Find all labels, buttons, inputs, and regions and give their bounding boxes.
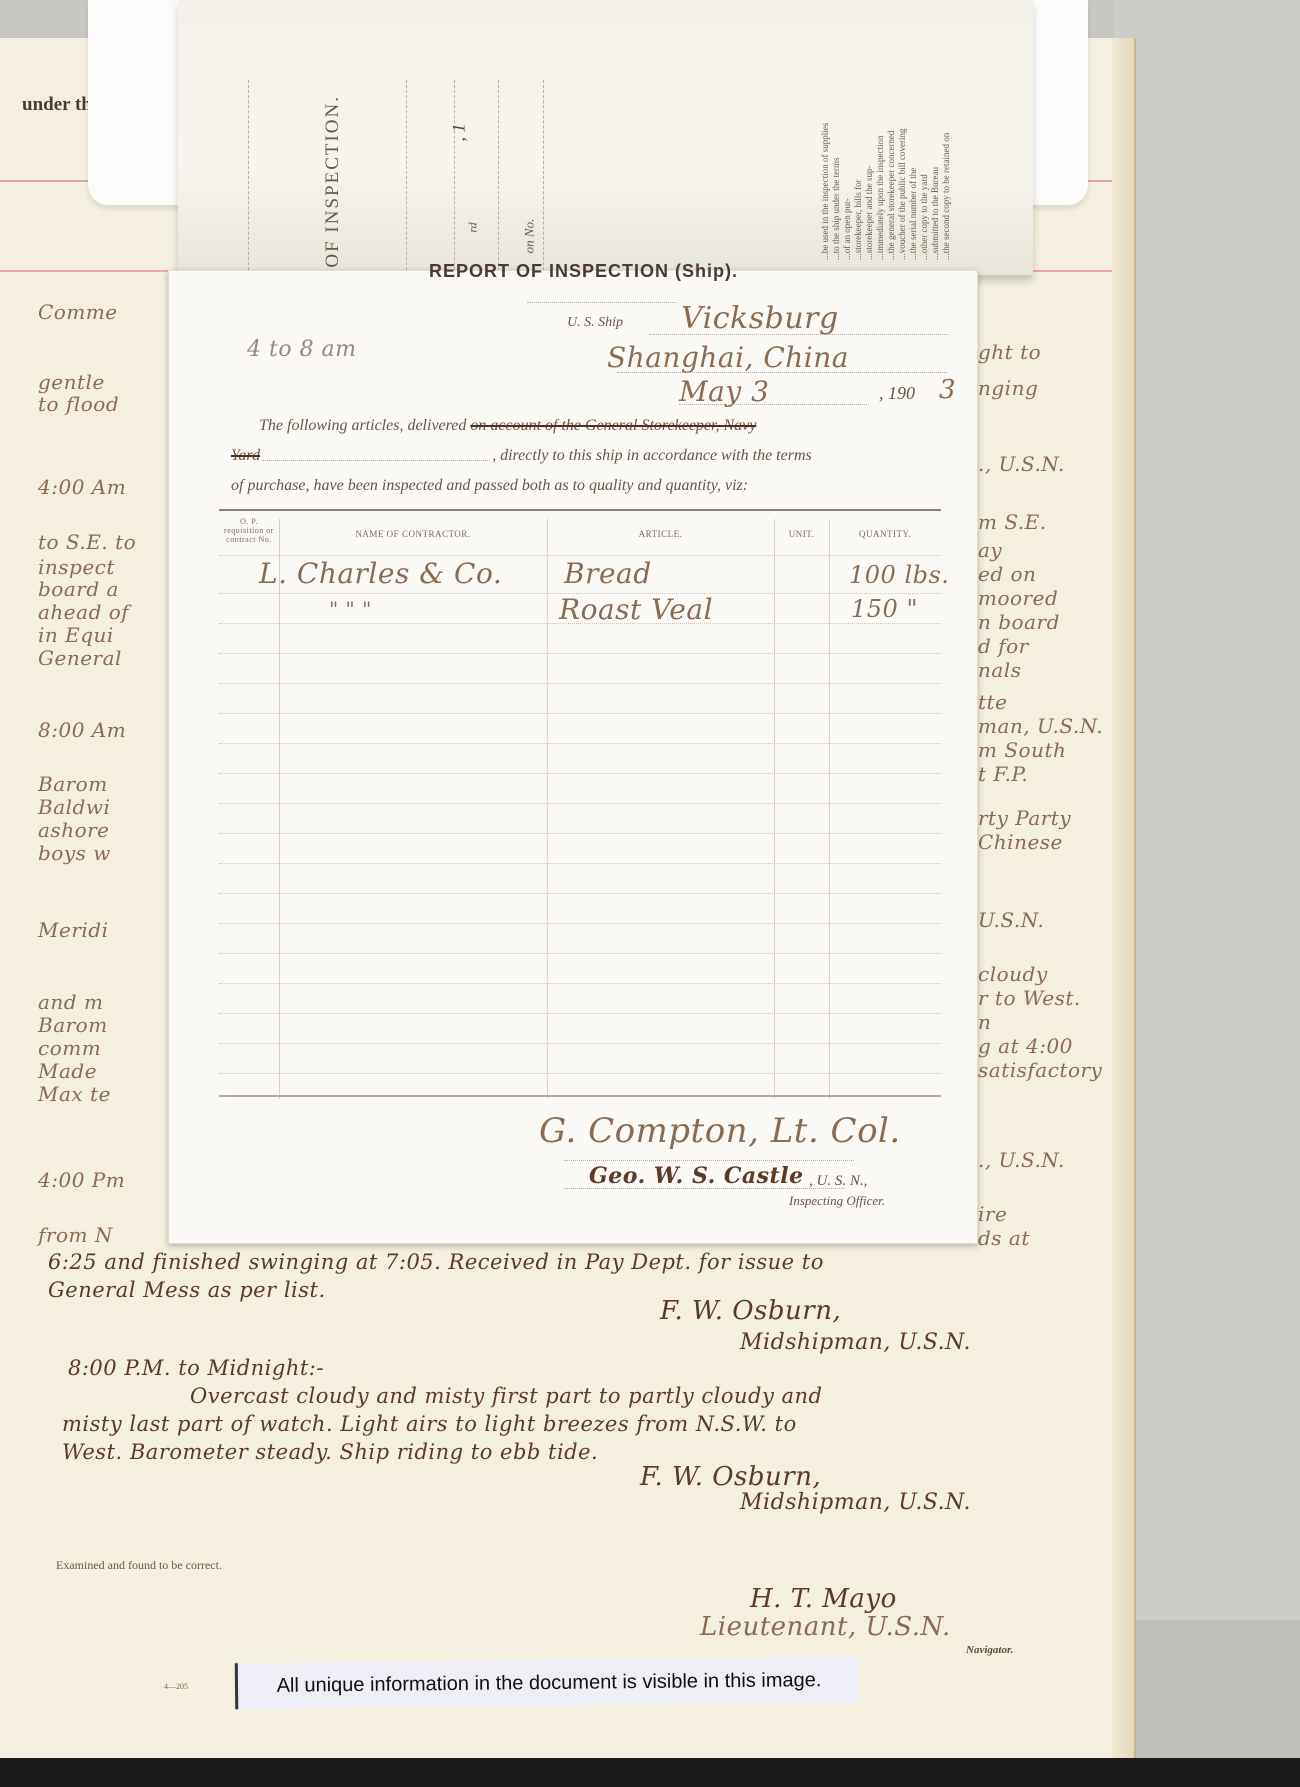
fine-print-line: ...the second copy to be retained on [941,50,952,260]
handwritten-fragment: Barom [38,1013,108,1037]
handwritten-fragment: ds at [978,1226,1030,1250]
form-number: 4—205 [164,1682,188,1691]
handwritten-fragment: inspect [38,555,115,579]
table-row-2-quantity: 150 " [851,595,918,623]
field-line [262,459,490,461]
year-prefix: , 190 [879,383,915,404]
column-header-unit: Unit. [774,529,829,539]
handwritten-fragment: Baldwi [38,795,110,819]
handwritten-fragment: ashore [38,818,110,842]
rolled-form-title: OF INSPECTION. [322,95,344,268]
intro-text: The following articles, delivered [259,417,466,434]
examined-label: Examined and found to be correct. [56,1558,222,1573]
fine-print-line: ...storekeeper, bills for [853,50,864,260]
fine-print-line: ...be used in the inspection of supplies [820,50,831,260]
handwritten-fragment: from N [38,1223,113,1247]
struck-text: Yard [231,447,260,465]
field-line [617,371,947,373]
handwritten-fragment: ght to [978,340,1041,364]
ship-name: Vicksburg [681,301,839,336]
rolled-form-label: rd [466,222,481,232]
fine-print-line: ...the general storekeeper concerned [886,50,897,260]
handwritten-fragment: Barom [38,772,108,796]
fine-print-line: ...the serial number of the [908,50,919,260]
handwritten-fragment: m South [978,738,1066,762]
rolled-form-fine-print: ...be used in the inspection of supplies… [820,50,960,260]
year-suffix: 3 [939,375,956,405]
header-rule [527,301,677,303]
log-entry-line: 6:25 and finished swinging at 7:05. Rece… [48,1250,824,1274]
inspecting-officer-title: Inspecting Officer. [789,1193,885,1209]
column-header-quantity: Quantity. [829,529,941,539]
handwritten-fragment: t F.P. [978,762,1028,786]
struck-text: on account of the General Storekeeper, N… [470,417,756,434]
handwritten-fragment: moored [978,586,1058,610]
form-header: REPORT OF INSPECTION (Ship). [429,261,738,282]
midshipman-signature: F. W. Osburn, [640,1462,821,1492]
handwritten-fragment: Comme [38,300,118,324]
log-entry-line: General Mess as per list. [48,1278,326,1302]
handwritten-fragment: ., U.S.N. [978,1148,1065,1172]
inspecting-officer-signature: G. Compton, Lt. Col. [539,1111,901,1151]
handwritten-fragment: gentle [38,370,105,394]
handwritten-fragment: in Equi [38,623,114,647]
column-header-article: Article. [547,529,774,539]
handwritten-fragment: r to West. [978,986,1081,1010]
field-line [564,1159,854,1161]
intro-line-3: of purchase, have been inspected and pas… [231,477,748,495]
background-surface [1114,0,1300,1787]
midshipman-signature: F. W. Osburn, [660,1296,841,1326]
fine-print-line: ...other copy to the yard [919,50,930,260]
handwritten-fragment: n board [978,610,1060,634]
handwritten-fragment: rty Party [978,806,1071,830]
midshipman-title: Midshipman, U.S.N. [740,1330,971,1355]
handwritten-fragment: man, U.S.N. [978,714,1103,738]
handwritten-fragment: and m [38,990,103,1014]
handwritten-fragment: 4:00 Am [38,475,126,499]
fine-print-line: ...of an open pur- [842,50,853,260]
shift-annotation: 4 to 8 am [247,337,357,362]
handwritten-fragment: g at 4:00 [978,1034,1073,1058]
fine-print-line: ...voucher of the public bill covering [897,50,908,260]
ledger-page-edge [1112,38,1134,1758]
handwritten-fragment: to S.E. to [38,530,136,554]
handwritten-fragment: Max te [38,1082,111,1106]
fine-print-line: ...to the ship under the terms [831,50,842,260]
rolled-form-field-mark: , 1 [449,124,470,142]
field-line [679,403,869,405]
midshipman-title: Midshipman, U.S.N. [740,1490,971,1515]
bottom-dark-border [0,1758,1300,1787]
inspecting-officer-signature-2: Geo. W. S. Castle [589,1163,804,1189]
rolled-form-label: on No. [521,219,537,254]
navigator-signature: H. T. Mayo [750,1584,897,1614]
navigator-label: Navigator. [966,1644,1013,1656]
handwritten-fragment: to flood [38,392,119,416]
handwritten-fragment: ire [978,1202,1007,1226]
log-entry-line: misty last part of watch. Light airs to … [62,1412,797,1436]
handwritten-fragment: 8:00 Am [38,718,126,742]
handwritten-fragment: Made [38,1059,97,1083]
log-entry-heading: 8:00 P.M. to Midnight:- [68,1356,324,1380]
field-line [649,333,949,335]
table-row-1-article: Bread [564,557,652,590]
handwritten-fragment: ahead of [38,600,129,624]
archival-notice-text: All unique information in the document i… [277,1669,822,1698]
log-entry-line: Overcast cloudy and misty first part to … [190,1384,823,1408]
intro-line-1: The following articles, delivered on acc… [259,417,756,435]
handwritten-fragment: boys w [38,841,111,865]
articles-table: O. P. requisition or contract No. Name o… [219,509,941,1096]
column-header-contractor: Name of Contractor. [279,529,547,539]
handwritten-fragment: General [38,646,122,670]
handwritten-fragment: m S.E. [978,510,1047,534]
ship-label: U. S. Ship [567,315,623,331]
fine-print-line: ...immediately upon the inspection [875,50,886,260]
handwritten-fragment: n [978,1010,991,1034]
fine-print-line: ...submitted to the Bureau [930,50,941,260]
handwritten-fragment: comm [38,1036,101,1060]
field-line [564,1187,844,1189]
ledger-printed-header: under th [22,94,92,116]
usn-label: , U. S. N., [809,1173,867,1190]
intro-line-2: Yard , directly to this ship in accordan… [231,447,812,465]
navigator-rank: Lieutenant, U.S.N. [700,1612,951,1642]
archival-notice-label: All unique information in the document i… [235,1657,860,1710]
handwritten-fragment: Chinese [978,830,1063,854]
log-entry-line: West. Barometer steady. Ship riding to e… [62,1440,598,1464]
table-row-1-quantity: 100 lbs. [849,561,949,589]
table-row-2-article: Roast Veal [559,593,713,626]
handwritten-fragment: ., U.S.N. [978,452,1065,476]
location: Shanghai, China [607,341,849,374]
handwritten-fragment: 4:00 Pm [38,1168,125,1192]
intro-text: , directly to this ship in accordance wi… [492,447,812,465]
handwritten-fragment: tte [978,690,1007,714]
handwritten-fragment: d for [978,634,1029,658]
handwritten-fragment: ed on [978,562,1036,586]
handwritten-fragment: cloudy [978,962,1048,986]
handwritten-fragment: board a [38,577,119,601]
handwritten-fragment: U.S.N. [978,908,1044,932]
handwritten-fragment: Meridi [38,918,108,942]
fine-print-line: ...storekeeper and the sup- [864,50,875,260]
handwritten-fragment: nals [978,658,1021,682]
handwritten-fragment: ay [978,538,1002,562]
handwritten-fragment: satisfactory [978,1058,1102,1082]
column-header-requisition: O. P. requisition or contract No. [219,517,279,544]
table-row-1-contractor: L. Charles & Co. [259,557,502,590]
table-row-2-contractor: " " " [329,597,372,621]
handwritten-fragment: nging [978,376,1038,400]
report-of-inspection-form: REPORT OF INSPECTION (Ship). 4 to 8 am U… [168,270,978,1244]
